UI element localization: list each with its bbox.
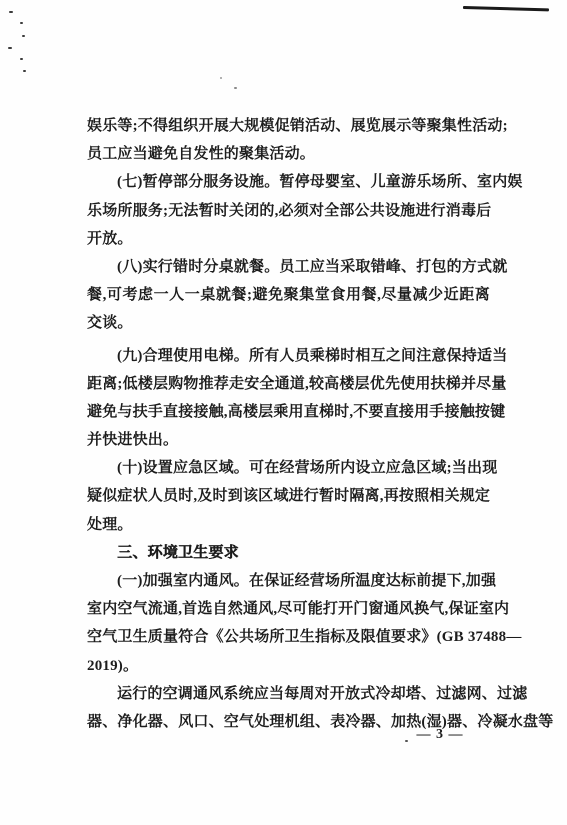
text-line: 疑似症状人员时,及时到该区域进行暂时隔离,再按照相关规定 bbox=[87, 482, 490, 510]
text-line: 空气卫生质量符合《公共场所卫生指标及限值要求》(GB 37488— bbox=[87, 623, 490, 651]
scan-speckle bbox=[20, 22, 23, 24]
text-line: 娱乐等;不得组织开展大规模促销活动、展览展示等聚集性活动; bbox=[87, 112, 490, 140]
text-line: 餐,可考虑一人一桌就餐;避免聚集堂食用餐,尽量减少近距离 bbox=[87, 281, 490, 309]
page-number: — 3 — bbox=[409, 727, 471, 743]
section-heading: 三、环境卫生要求 bbox=[87, 539, 490, 567]
text-line: (九)合理使用电梯。所有人员乘梯时相互之间注意保持适当 bbox=[87, 342, 490, 370]
text-line: 开放。 bbox=[87, 225, 490, 253]
text-line: 2019)。 bbox=[87, 652, 490, 680]
text-line: (七)暂停部分服务设施。暂停母婴室、儿童游乐场所、室内娱 bbox=[87, 168, 490, 196]
scan-speckle bbox=[405, 740, 408, 742]
text-line: 员工应当避免自发性的聚集活动。 bbox=[87, 140, 490, 168]
text-line: 运行的空调通风系统应当每周对开放式冷却塔、过滤网、过滤 bbox=[87, 680, 490, 708]
text-line: (八)实行错时分桌就餐。员工应当采取错峰、打包的方式就 bbox=[87, 253, 490, 281]
text-line: 室内空气流通,首选自然通风,尽可能打开门窗通风换气,保证室内 bbox=[87, 595, 490, 623]
text-line: 处理。 bbox=[87, 511, 490, 539]
scan-speckle bbox=[9, 11, 13, 13]
text-line: 乐场所服务;无法暂时关闭的,必须对全部公共设施进行消毒后 bbox=[87, 197, 490, 225]
scan-artifact-line bbox=[463, 6, 549, 11]
scan-speckle bbox=[8, 47, 12, 49]
text-line: 距离;低楼层购物推荐走安全通道,较高楼层优先使用扶梯并尽量 bbox=[87, 370, 490, 398]
scan-speckle bbox=[23, 70, 26, 72]
text-line: (十)设置应急区域。可在经营场所内设立应急区域;当出现 bbox=[87, 454, 490, 482]
scan-speckle bbox=[22, 35, 25, 37]
scan-speckle bbox=[220, 77, 222, 79]
text-line: 避免与扶手直接接触,高楼层乘用直梯时,不要直接用手接触按键 bbox=[87, 398, 490, 426]
document-body: 娱乐等;不得组织开展大规模促销活动、展览展示等聚集性活动; 员工应当避免自发性的… bbox=[87, 112, 490, 736]
text-line: (一)加强室内通风。在保证经营场所温度达标前提下,加强 bbox=[87, 567, 490, 595]
document-page: 娱乐等;不得组织开展大规模促销活动、展览展示等聚集性活动; 员工应当避免自发性的… bbox=[0, 0, 567, 825]
scan-speckle bbox=[20, 58, 23, 60]
text-line: 并快进快出。 bbox=[87, 426, 490, 454]
text-line: 交谈。 bbox=[87, 309, 490, 337]
scan-speckle bbox=[234, 87, 237, 89]
